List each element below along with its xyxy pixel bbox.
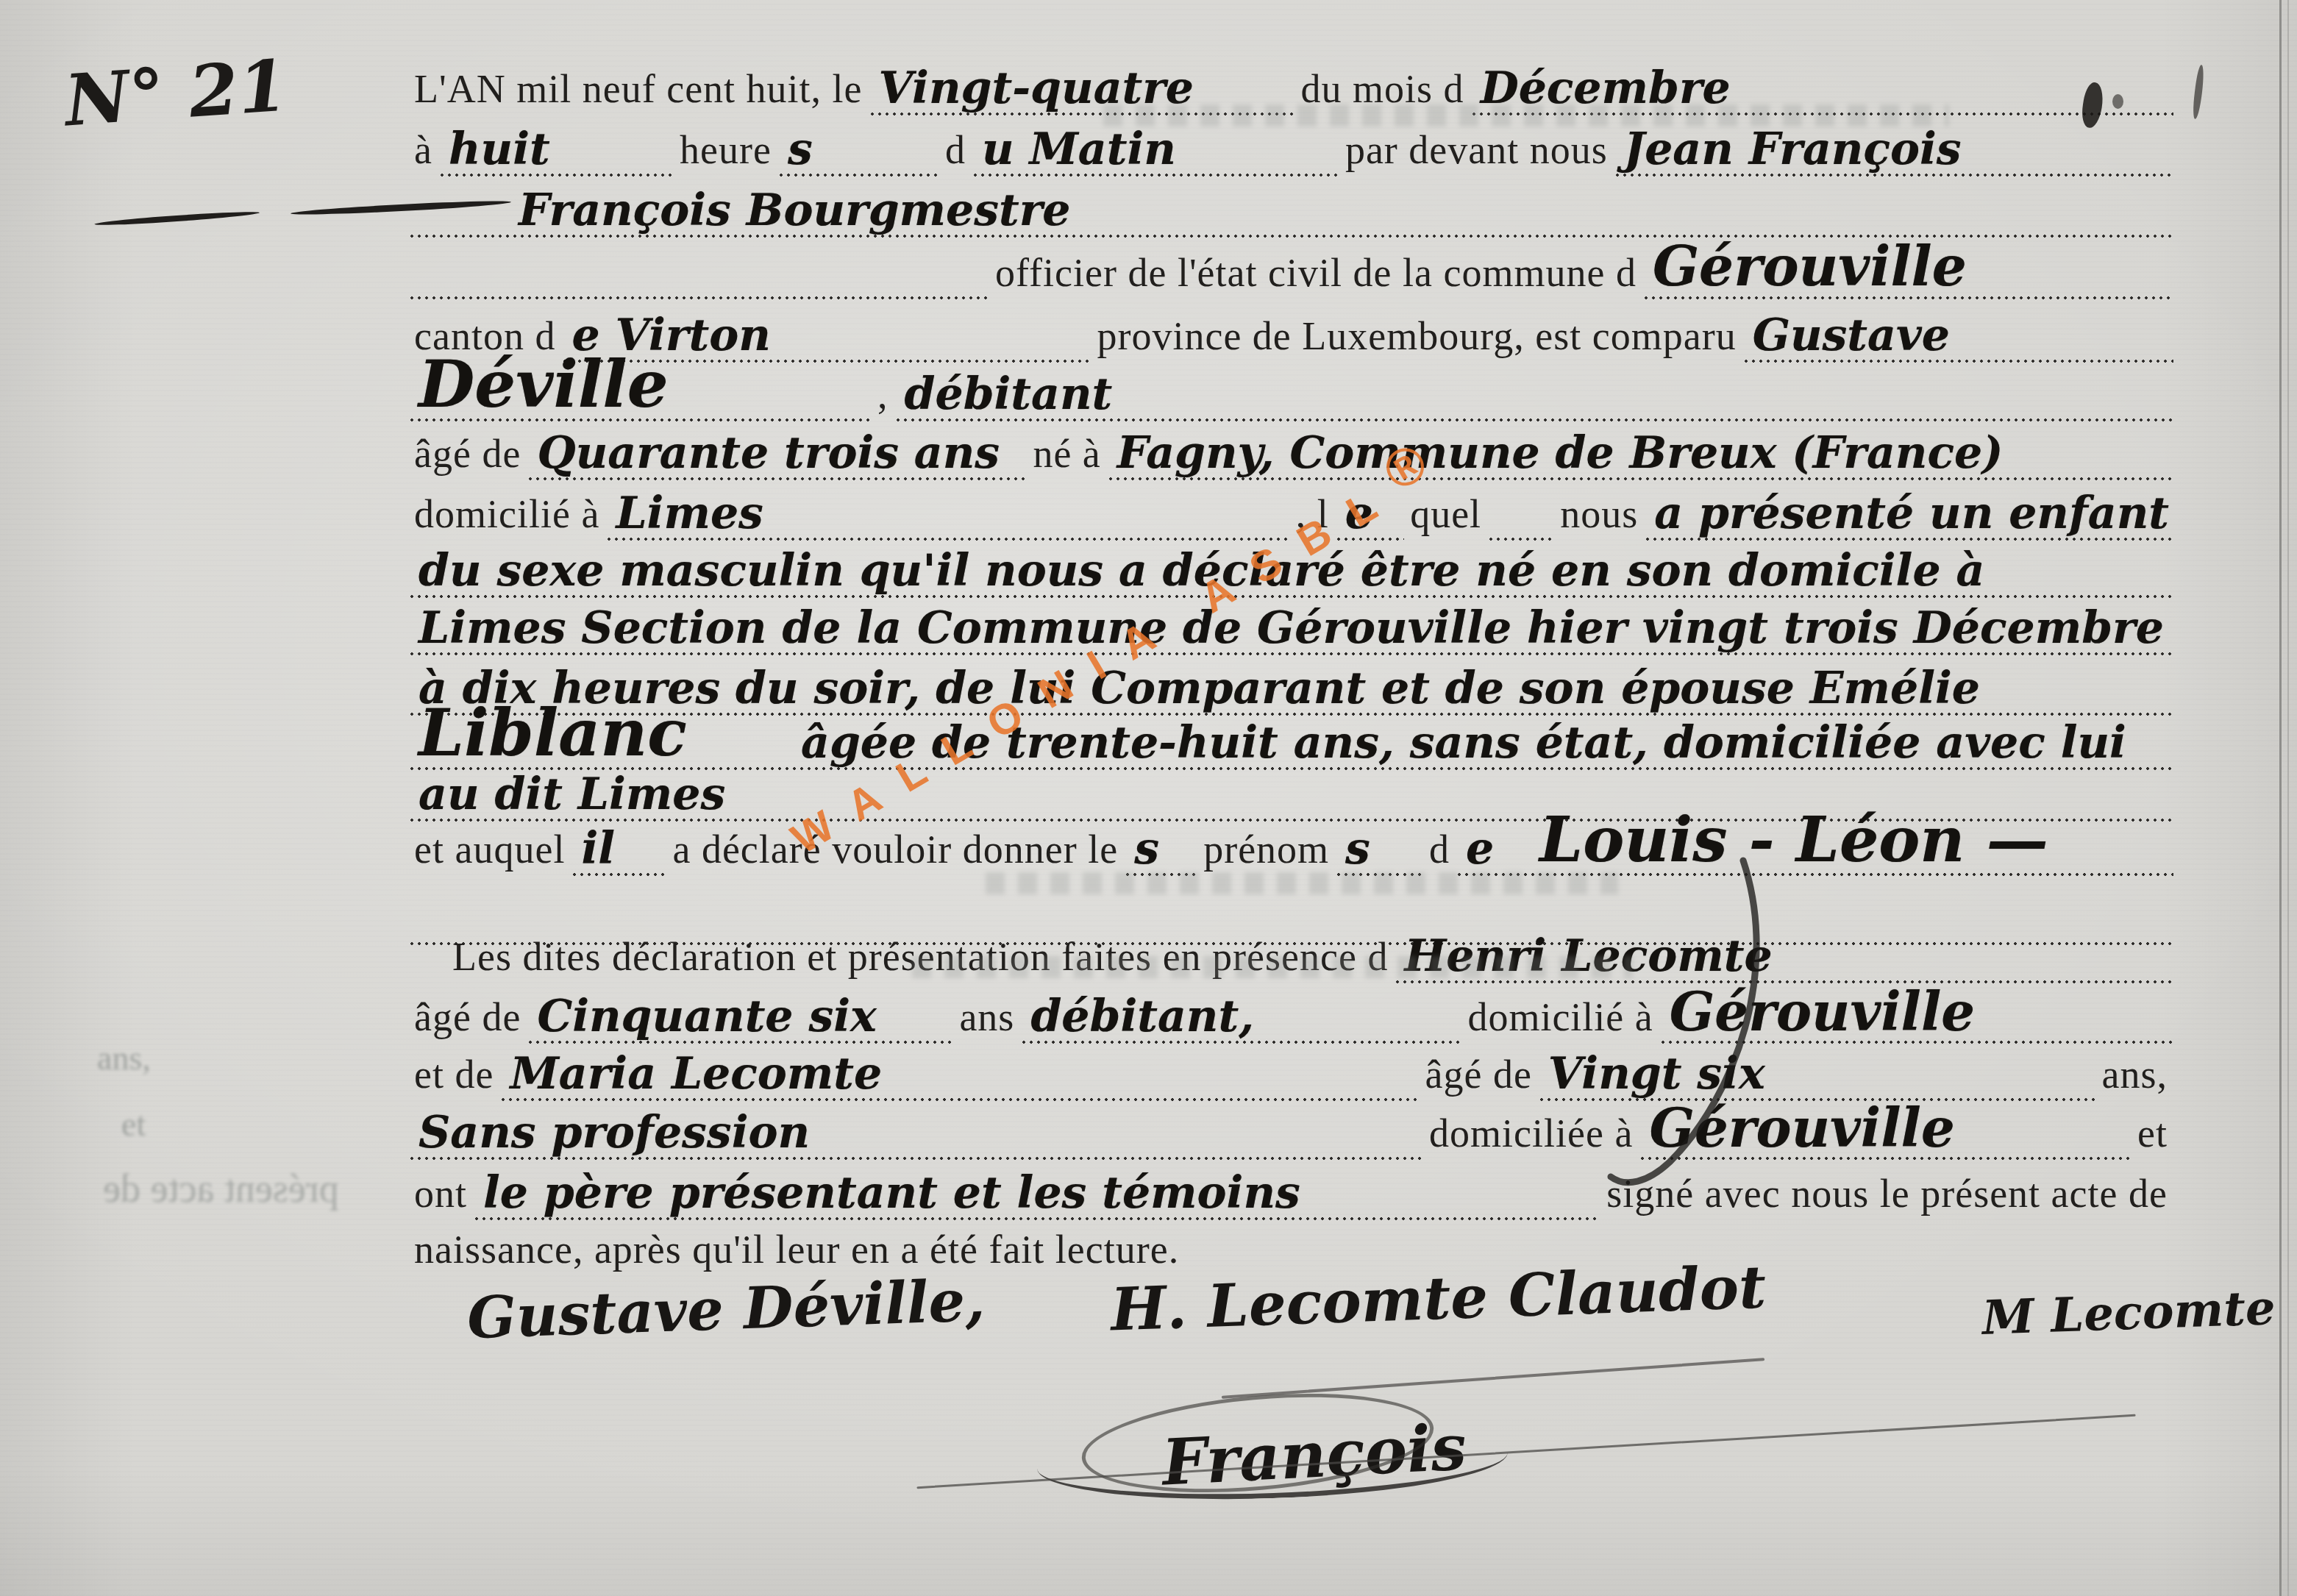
page-edge-line [2287,0,2289,1596]
printed-text: âgé de [408,434,527,481]
form-line: âgé deQuarante trois ansné àFagny, Commu… [408,418,2173,481]
act-number: N° 21 [62,44,290,143]
printed-text: a déclaré vouloir donner le [666,830,1124,877]
birth-certificate-scan: N° 21 L'AN mil neuf cent huit, leVingt-q… [0,0,2297,1596]
printed-text: province de Luxembourg, est comparu [1091,316,1742,363]
printed-text: âgé de [1419,1055,1537,1102]
handwritten-text: Maria Lecomte [499,1052,1419,1102]
handwritten-text: François Bourgmestre [408,188,2173,238]
handwritten-text: e [1456,827,1529,877]
printed-text: à [408,130,438,177]
handwritten-text: Fagny, Commune de Breux (France) [1107,431,2173,481]
printed-text: heure [674,130,777,177]
bleed-through-strip [1103,104,1949,127]
printed-text: ans, [2096,1055,2173,1102]
form-line: ontle père présentant et les témoinssign… [408,1158,2173,1221]
handwritten-text: huit [438,127,674,177]
handwritten-text: Sans profession [408,1111,1423,1161]
handwritten-text: s [777,127,939,177]
printed-text: prénom [1197,830,1335,877]
printed-text: domicilié à [408,494,605,541]
form-line: âgé deCinquante sixansdébitant,domicilié… [408,981,2173,1044]
handwritten-text: s [1124,827,1197,877]
bleed-through-text: ans, [97,1039,151,1077]
printed-text: , [872,375,894,422]
form-line: officier de l'état civil de la commune d… [408,237,2173,300]
form-line: et deMaria Lecomteâgé deVingt sixans, [408,1039,2173,1102]
handwritten-text: Limes [605,491,1289,541]
signature-flourish-underline [1036,1415,1509,1506]
bleed-through-text: présent acte de [103,1166,339,1211]
ink-blot [2112,94,2123,109]
printed-text: naissance, après qu'il leur en a été fai… [408,1230,1185,1277]
form-line: et auquelila déclaré vouloir donner lesp… [408,813,2173,877]
ink-blot [2192,65,2206,120]
form-line: naissance, après qu'il leur en a été fai… [408,1214,2173,1277]
handwritten-text: Limes Section de la Commune de Gérouvill… [408,606,2173,656]
handwritten-text: u Matin [972,127,1339,177]
handwritten-text: débitant, [1020,994,1403,1044]
handwritten-text: Jean François [1614,127,2173,177]
printed-text: et de [408,1055,499,1102]
handwritten-text: Quarante trois ans [527,431,1027,481]
handwritten-text: a présenté un enfant [1644,491,2173,541]
page-edge-line [2279,0,2282,1596]
handwritten-text: s [1335,827,1423,877]
form-line: Déville,débitant [408,359,2173,422]
descender-flourish [1559,853,1868,1199]
bleed-through-strip [986,872,1618,894]
printed-text: ans [953,997,1020,1044]
printed-text: L'AN mil neuf cent huit, le [408,69,869,116]
printed-text: et auquel [408,830,571,877]
printed-text: et [2132,1114,2173,1161]
handwritten-text: Gérouville [1642,240,2173,300]
form-line: François Bourgmestre [408,175,2173,238]
handwritten-text: débitant [894,372,1321,422]
bleed-through-text: et [121,1105,146,1144]
dotted-rule [408,294,989,300]
printed-text: âgé de [408,997,527,1044]
form-line: Limes Section de la Commune de Gérouvill… [408,593,2173,656]
printed-text: d [939,130,972,177]
handwritten-text: Cinquante six [527,994,953,1044]
form-line: Sans professiondomiciliée àGérouvilleet [408,1097,2173,1161]
printed-text: officier de l'état civil de la commune d [989,253,1642,300]
signature-m-lecomte: M Lecomte [1981,1280,2276,1346]
handwritten-text: Gustave [1742,313,2173,363]
printed-text: d [1423,830,1456,877]
printed-text: nous [1554,494,1644,541]
handwritten-text: Déville [408,352,872,422]
printed-text: par devant nous [1339,130,1614,177]
flourish-dash [94,210,260,227]
handwritten-text: il [571,827,666,877]
signature-gustave-deville: Gustave Déville, [466,1267,986,1353]
bleed-through-strip [912,956,1633,978]
signature-flourish-line [1222,1358,1764,1399]
printed-text: né à [1027,434,1106,481]
